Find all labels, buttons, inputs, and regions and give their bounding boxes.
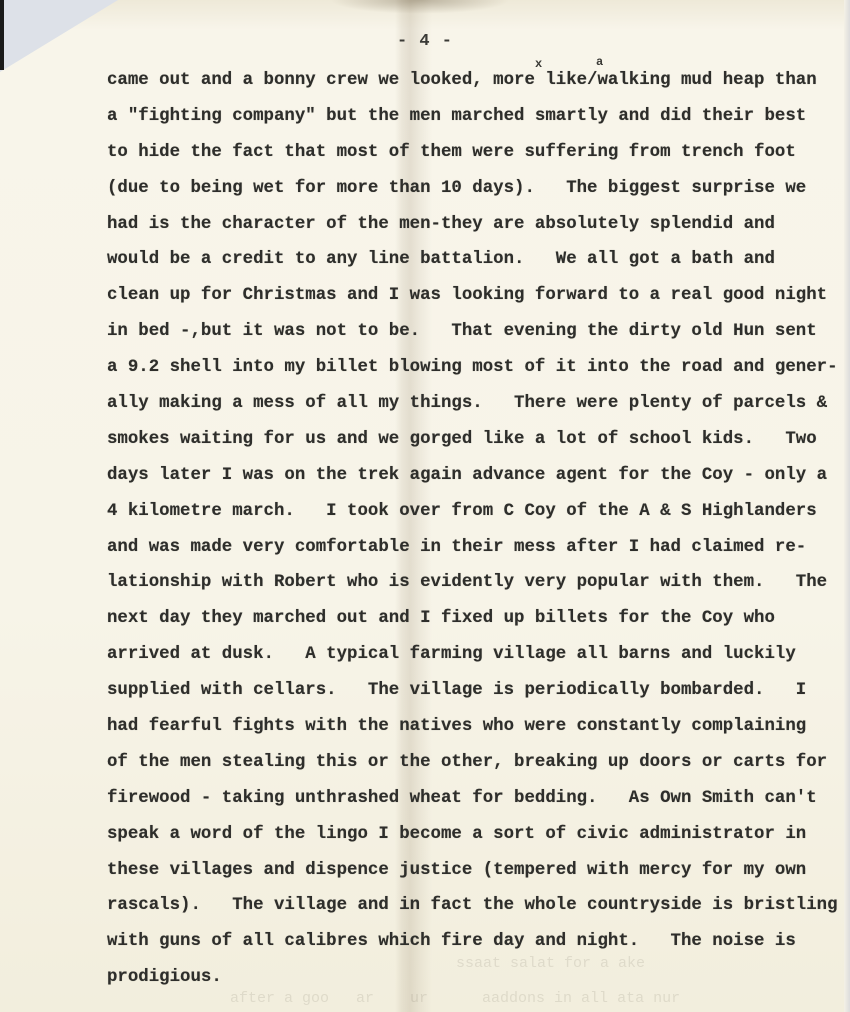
text-line: speak a word of the lingo I become a sor… <box>107 824 847 860</box>
text-line: 4 kilometre march. I took over from C Co… <box>107 501 847 537</box>
text-line: had fearful fights with the natives who … <box>107 716 847 752</box>
text-line: smokes waiting for us and we gorged like… <box>107 429 847 465</box>
fold-shadow <box>330 0 510 14</box>
text-line: in bed -,but it was not to be. That even… <box>107 321 847 357</box>
text-line: clean up for Christmas and I was looking… <box>107 285 847 321</box>
text-line: a "fighting company" but the men marched… <box>107 106 847 142</box>
text-line: to hide the fact that most of them were … <box>107 142 847 178</box>
text-line: supplied with cellars. The village is pe… <box>107 680 847 716</box>
text-line: firewood - taking unthrashed wheat for b… <box>107 788 847 824</box>
text-line: days later I was on the trek again advan… <box>107 465 847 501</box>
text-line: rascals). The village and in fact the wh… <box>107 895 847 931</box>
text-line: ally making a mess of all my things. The… <box>107 393 847 429</box>
text-line: a 9.2 shell into my billet blowing most … <box>107 357 847 393</box>
text-line: prodigious. <box>107 967 847 1003</box>
text-line: arrived at dusk. A typical farming villa… <box>107 644 847 680</box>
text-line: and was made very comfortable in their m… <box>107 537 847 573</box>
page-number: - 4 - <box>0 32 850 51</box>
text-line: lationship with Robert who is evidently … <box>107 572 847 608</box>
typed-insertion-x: x <box>535 57 542 71</box>
text-line: with guns of all calibres which fire day… <box>107 931 847 967</box>
text-line: next day they marched out and I fixed up… <box>107 608 847 644</box>
text-line: had is the character of the men-they are… <box>107 214 847 250</box>
text-line: would be a credit to any line battalion.… <box>107 249 847 285</box>
text-line: came out and a bonny crew we looked, mor… <box>107 70 847 106</box>
typed-insertion-a: a <box>596 55 603 69</box>
text-line: these villages and dispence justice (tem… <box>107 860 847 896</box>
text-line: of the men stealing this or the other, b… <box>107 752 847 788</box>
text-line: (due to being wet for more than 10 days)… <box>107 178 847 214</box>
typewritten-body: came out and a bonny crew we looked, mor… <box>107 70 847 1003</box>
